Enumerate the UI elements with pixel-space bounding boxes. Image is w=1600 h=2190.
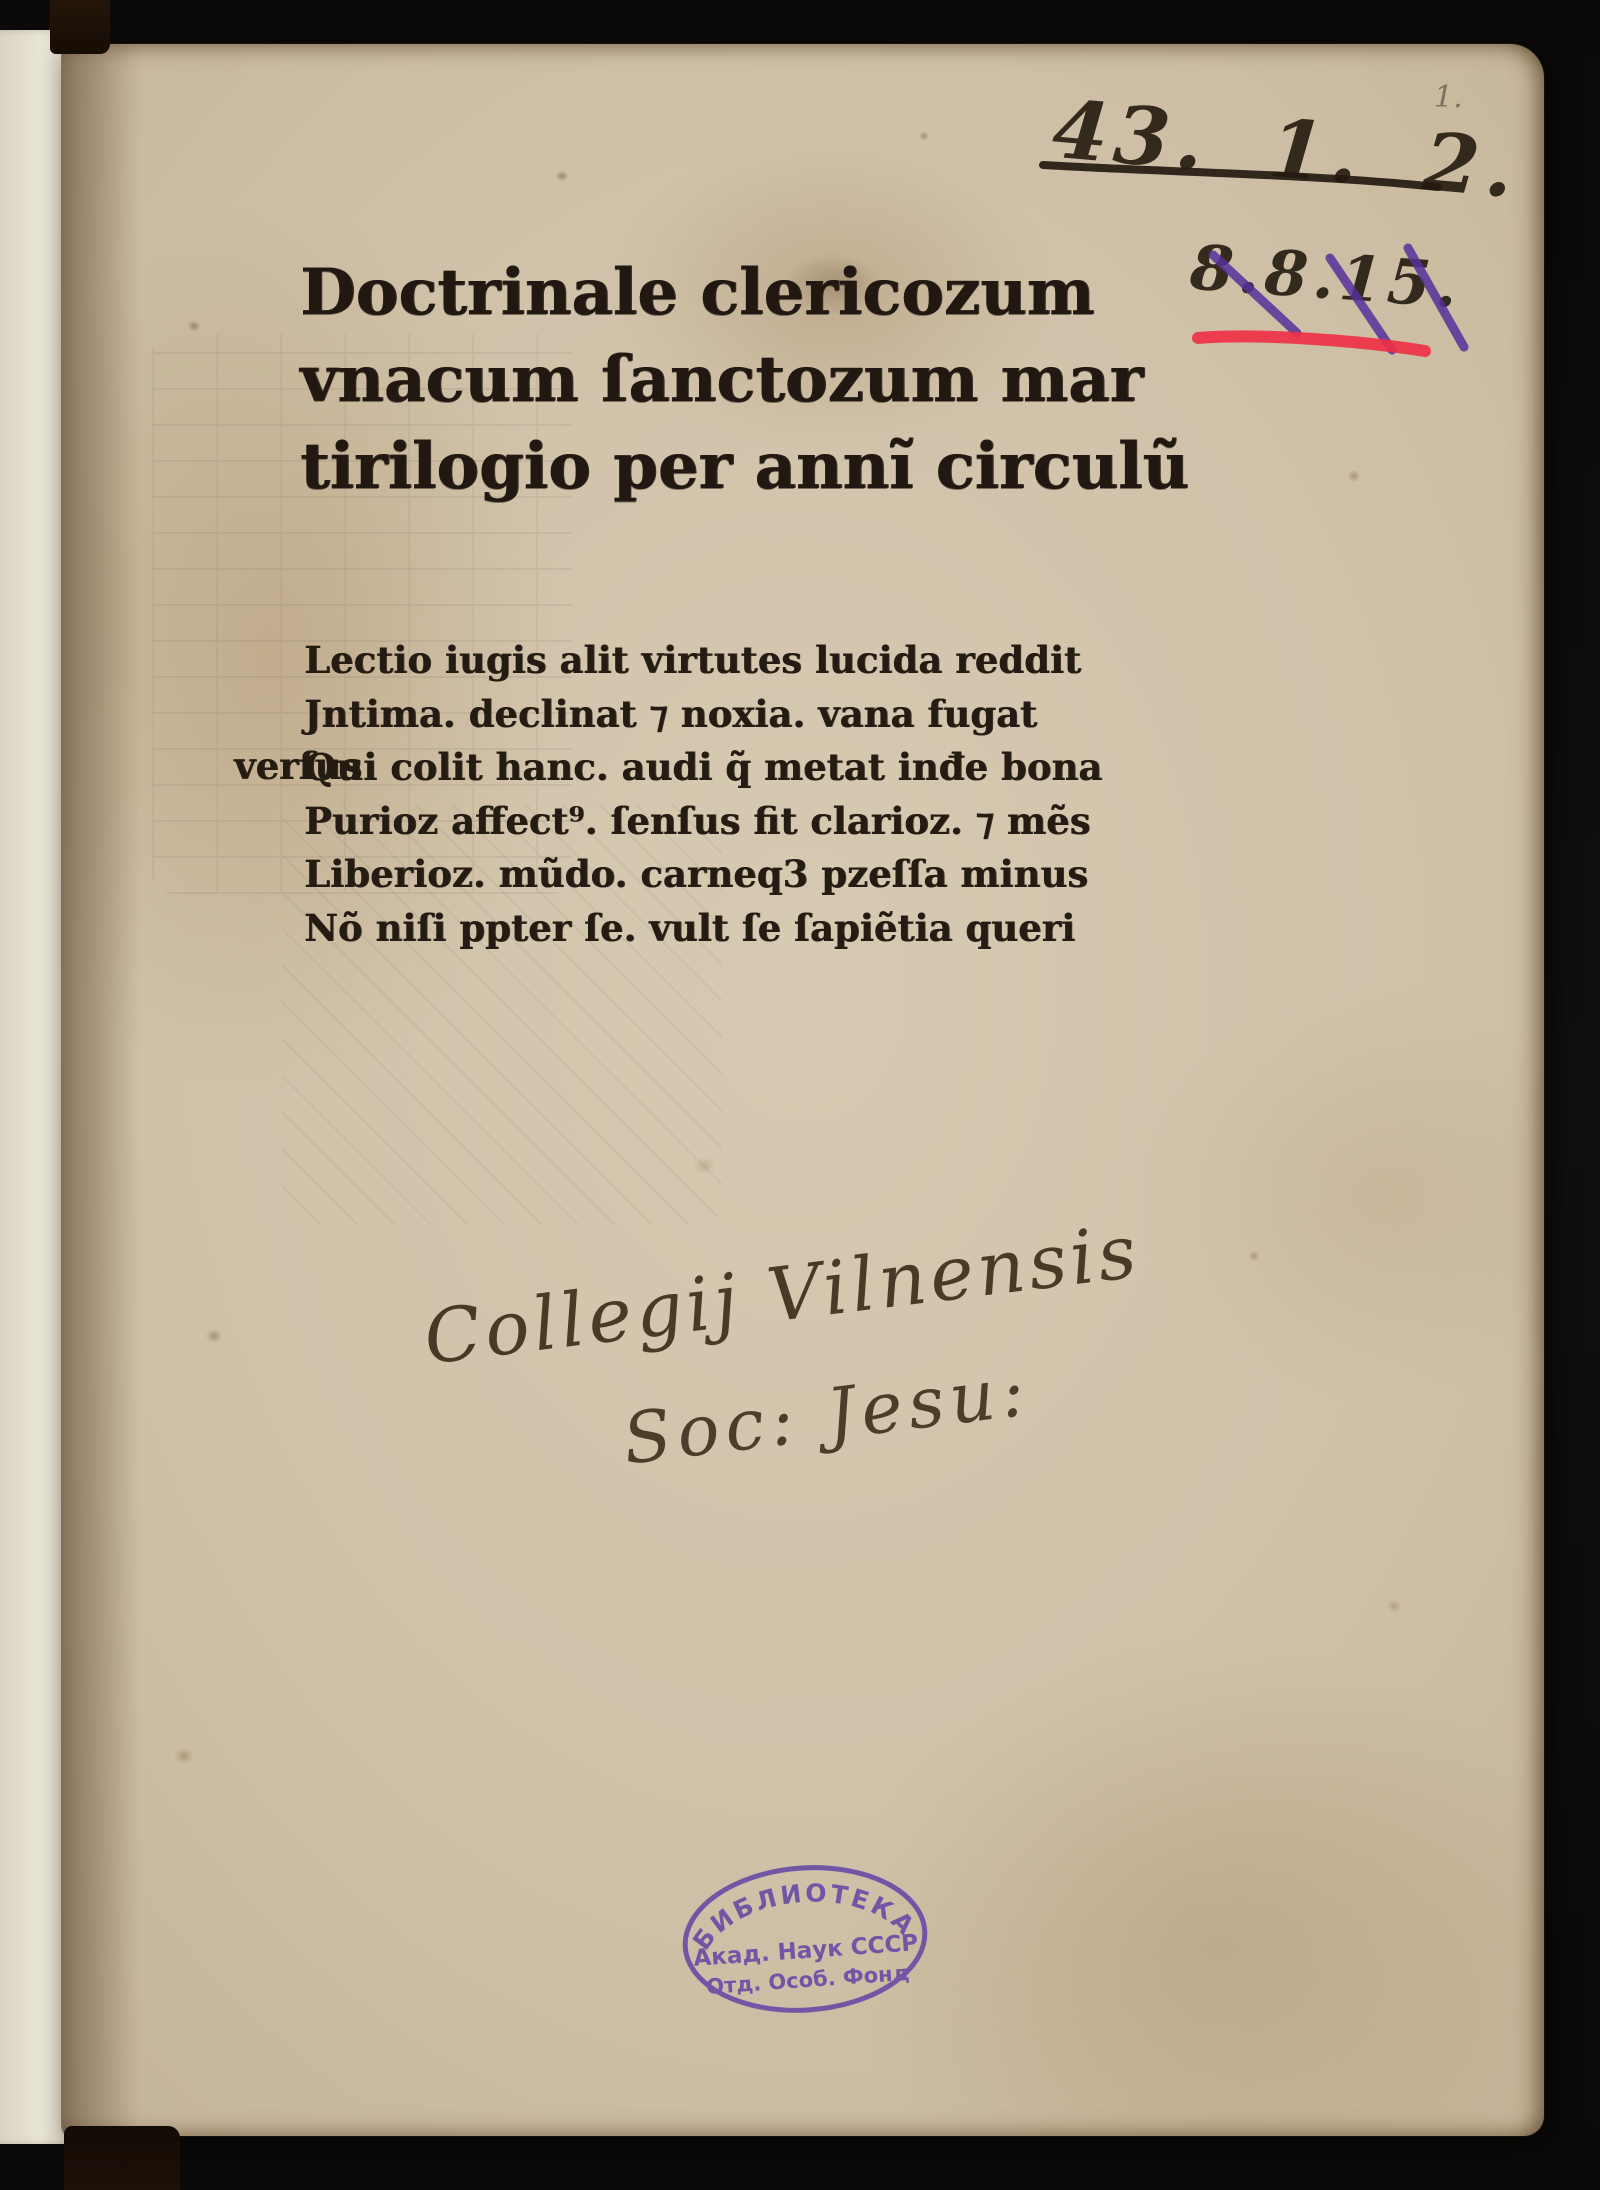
red-underline-stroke	[1198, 336, 1425, 351]
title-line-1: Doctrinale clericozum	[300, 249, 1189, 336]
spine-fragment-bottom	[64, 2126, 180, 2190]
library-stamp: БИБЛИОТЕКА Акад. Наук СССР Отд. Особ. Фо…	[664, 1845, 945, 2033]
spine-fragment-top	[50, 0, 110, 54]
verse-line-1: Lectio iugis alit virtutes lucida reddit	[304, 634, 1102, 688]
printed-verse: Lectio iugis alit virtutes lucida reddit…	[304, 634, 1102, 955]
title-page: 43. 1. 2. 1. Doctrinale clericozum vnacu…	[62, 44, 1544, 2136]
title-line-2: vnacum ſanctozum mar	[300, 336, 1189, 423]
verse-line-4: Purioz affect⁹. ſenſus fit clarioz. ⁊ mẽ…	[304, 795, 1102, 849]
printed-title: Doctrinale clericozum vnacum ſanctozum m…	[300, 249, 1189, 510]
handwritten-shelfmark: 8.8.15.	[1188, 231, 1465, 323]
verse-line-6: Nõ niſi ppter ſe. vult ſe ſapiẽtia queri	[304, 902, 1102, 956]
ownership-inscription-line-1: Collegij Vilnensis	[419, 1208, 1144, 1381]
ownership-inscription-line-2: Soc: Jesu:	[619, 1349, 1035, 1480]
verse-line-2: Jntima. declinat ⁊ noxia. vana fugat	[304, 688, 1102, 742]
title-line-3: tirilogio per annĩ circulũ	[300, 423, 1189, 510]
verse-line-5: Liberioz. mũdo. carneq3 pzeſſa minus	[304, 848, 1102, 902]
verse-line-3: Qui colit hanc. audi q̃ metat inđe bona	[304, 741, 1102, 795]
photograph-background: 43. 1. 2. 1. Doctrinale clericozum vnacu…	[0, 0, 1600, 2190]
pencil-note: 1.	[1434, 80, 1463, 115]
gutter-shadow	[62, 44, 140, 2136]
